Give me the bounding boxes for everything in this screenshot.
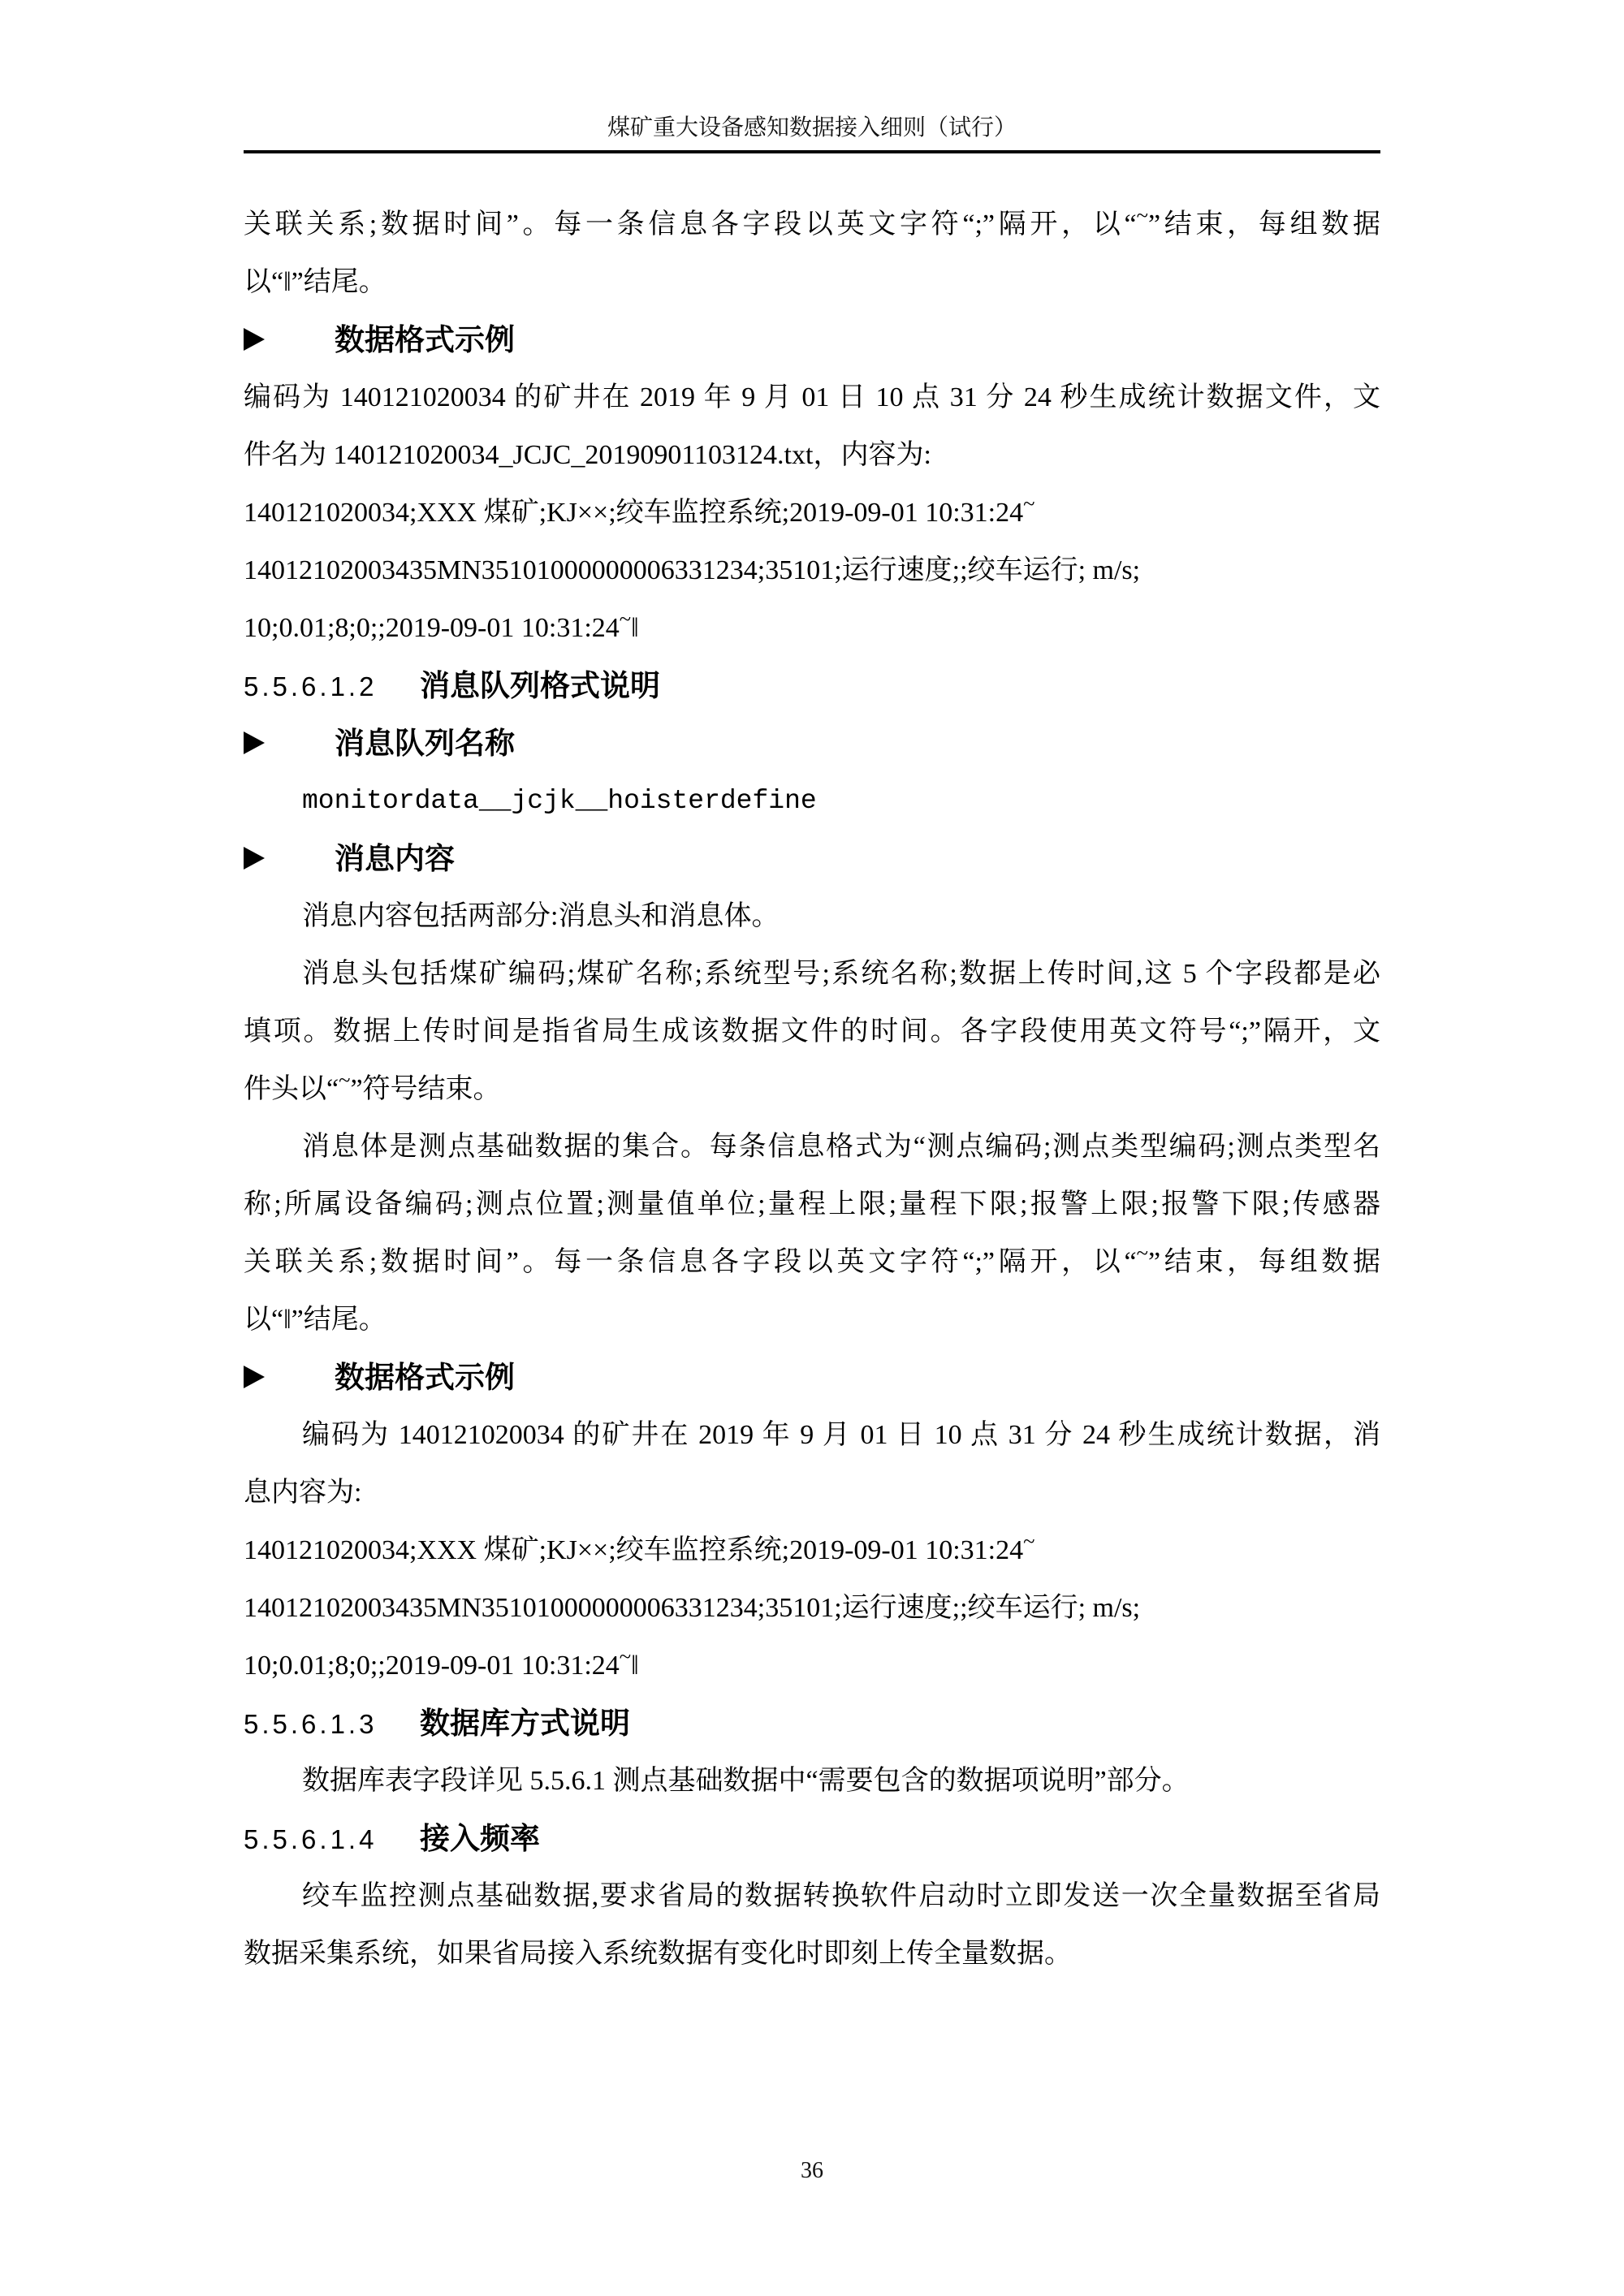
tilde-terminator: ~ <box>339 1068 350 1092</box>
section-title: 数据库方式说明 <box>420 1707 630 1740</box>
bullet-label: 数据格式示例 <box>335 323 515 356</box>
data-example-line: 14012102003435MN35101000000006331234;351… <box>244 1579 1380 1637</box>
text-line: 编码为 140121020034 的矿井在 2019 年 9 月 01 日 10… <box>244 369 1380 426</box>
section-heading: 5.5.6.1.4接入频率 <box>244 1810 1380 1867</box>
text-line: 以“‖”结尾。 <box>244 253 1380 311</box>
arrow-bullet-icon <box>244 732 265 754</box>
text-line: 关联关系;数据时间”。每一条信息各字段以英文字符“;”隔开，以“~”结束，每组数… <box>244 196 1380 253</box>
section-heading: 5.5.6.1.2消息队列格式说明 <box>244 657 1380 714</box>
text-line: 关联关系;数据时间”。每一条信息各字段以英文字符“;”隔开，以“~”结束，每组数… <box>244 1233 1380 1291</box>
bullet-label: 消息内容 <box>335 842 455 875</box>
header-title: 煤矿重大设备感知数据接入细则（试行） <box>0 112 1624 145</box>
queue-name-line: monitordata__jcjk__hoisterdefine <box>244 772 1380 830</box>
section-number: 5.5.6.1.4 <box>244 1810 420 1868</box>
text-line: 消息体是测点基础数据的集合。每条信息格式为“测点编码;测点类型编码;测点类型名 <box>244 1118 1380 1176</box>
bullet-item: 数据格式示例 <box>244 311 1380 369</box>
text-line: 填项。数据上传时间是指省局生成该数据文件的时间。各字段使用英文符号“;”隔开，文 <box>244 1003 1380 1060</box>
tilde-terminator: ~ <box>1023 1529 1034 1553</box>
arrow-bullet-icon <box>244 328 265 351</box>
bullet-label: 消息队列名称 <box>335 727 515 760</box>
text-line: 数据采集系统，如果省局接入系统数据有变化时即刻上传全量数据。 <box>244 1925 1380 1983</box>
data-example-line: 140121020034;XXX 煤矿;KJ××;绞车监控系统;2019-09-… <box>244 1521 1380 1579</box>
data-example-line: 140121020034;XXX 煤矿;KJ××;绞车监控系统;2019-09-… <box>244 484 1380 542</box>
text-line: 消息头包括煤矿编码;煤矿名称;系统型号;系统名称;数据上传时间,这 5 个字段都… <box>244 945 1380 1003</box>
text-line: 编码为 140121020034 的矿井在 2019 年 9 月 01 日 10… <box>244 1406 1380 1464</box>
data-example-line: 14012102003435MN35101000000006331234;351… <box>244 542 1380 599</box>
bullet-item: 消息队列名称 <box>244 714 1380 772</box>
section-number: 5.5.6.1.2 <box>244 658 420 715</box>
text-line: 息内容为: <box>244 1464 1380 1521</box>
bullet-item: 数据格式示例 <box>244 1349 1380 1406</box>
text-line: 件名为 140121020034_JCJC_20190901103124.txt… <box>244 426 1380 484</box>
text-line: 以“‖”结尾。 <box>244 1291 1380 1349</box>
section-title: 接入频率 <box>420 1822 540 1855</box>
tilde-terminator: ~ <box>620 1644 631 1668</box>
section-number: 5.5.6.1.3 <box>244 1695 420 1753</box>
bullet-item: 消息内容 <box>244 830 1380 887</box>
text-line: 称;所属设备编码;测点位置;测量值单位;量程上限;量程下限;报警上限;报警下限;… <box>244 1176 1380 1233</box>
section-heading: 5.5.6.1.3数据库方式说明 <box>244 1694 1380 1752</box>
data-example-line: 10;0.01;8;0;;2019-09-01 10:31:24~‖ <box>244 1637 1380 1694</box>
document-body: 关联关系;数据时间”。每一条信息各字段以英文字符“;”隔开，以“~”结束，每组数… <box>244 196 1380 1983</box>
text-line: 消息内容包括两部分:消息头和消息体。 <box>244 887 1380 945</box>
text-line: 数据库表字段详见 5.5.6.1 测点基础数据中“需要包含的数据项说明”部分。 <box>244 1752 1380 1810</box>
tilde-terminator: ~ <box>620 606 631 631</box>
data-example-line: 10;0.01;8;0;;2019-09-01 10:31:24~‖ <box>244 599 1380 657</box>
text-line: 绞车监控测点基础数据,要求省局的数据转换软件启动时立即发送一次全量数据至省局 <box>244 1867 1380 1925</box>
header-rule <box>244 150 1380 153</box>
tilde-terminator: ~ <box>1137 203 1148 227</box>
section-title: 消息队列格式说明 <box>420 669 660 702</box>
tilde-terminator: ~ <box>1023 491 1034 516</box>
tilde-terminator: ~ <box>1137 1241 1148 1265</box>
page-number: 36 <box>0 2158 1624 2184</box>
document-page: 煤矿重大设备感知数据接入细则（试行） 关联关系;数据时间”。每一条信息各字段以英… <box>0 0 1624 2296</box>
bullet-label: 数据格式示例 <box>335 1361 515 1394</box>
arrow-bullet-icon <box>244 1366 265 1388</box>
arrow-bullet-icon <box>244 847 265 870</box>
text-line: 件头以“~”符号结束。 <box>244 1060 1380 1118</box>
